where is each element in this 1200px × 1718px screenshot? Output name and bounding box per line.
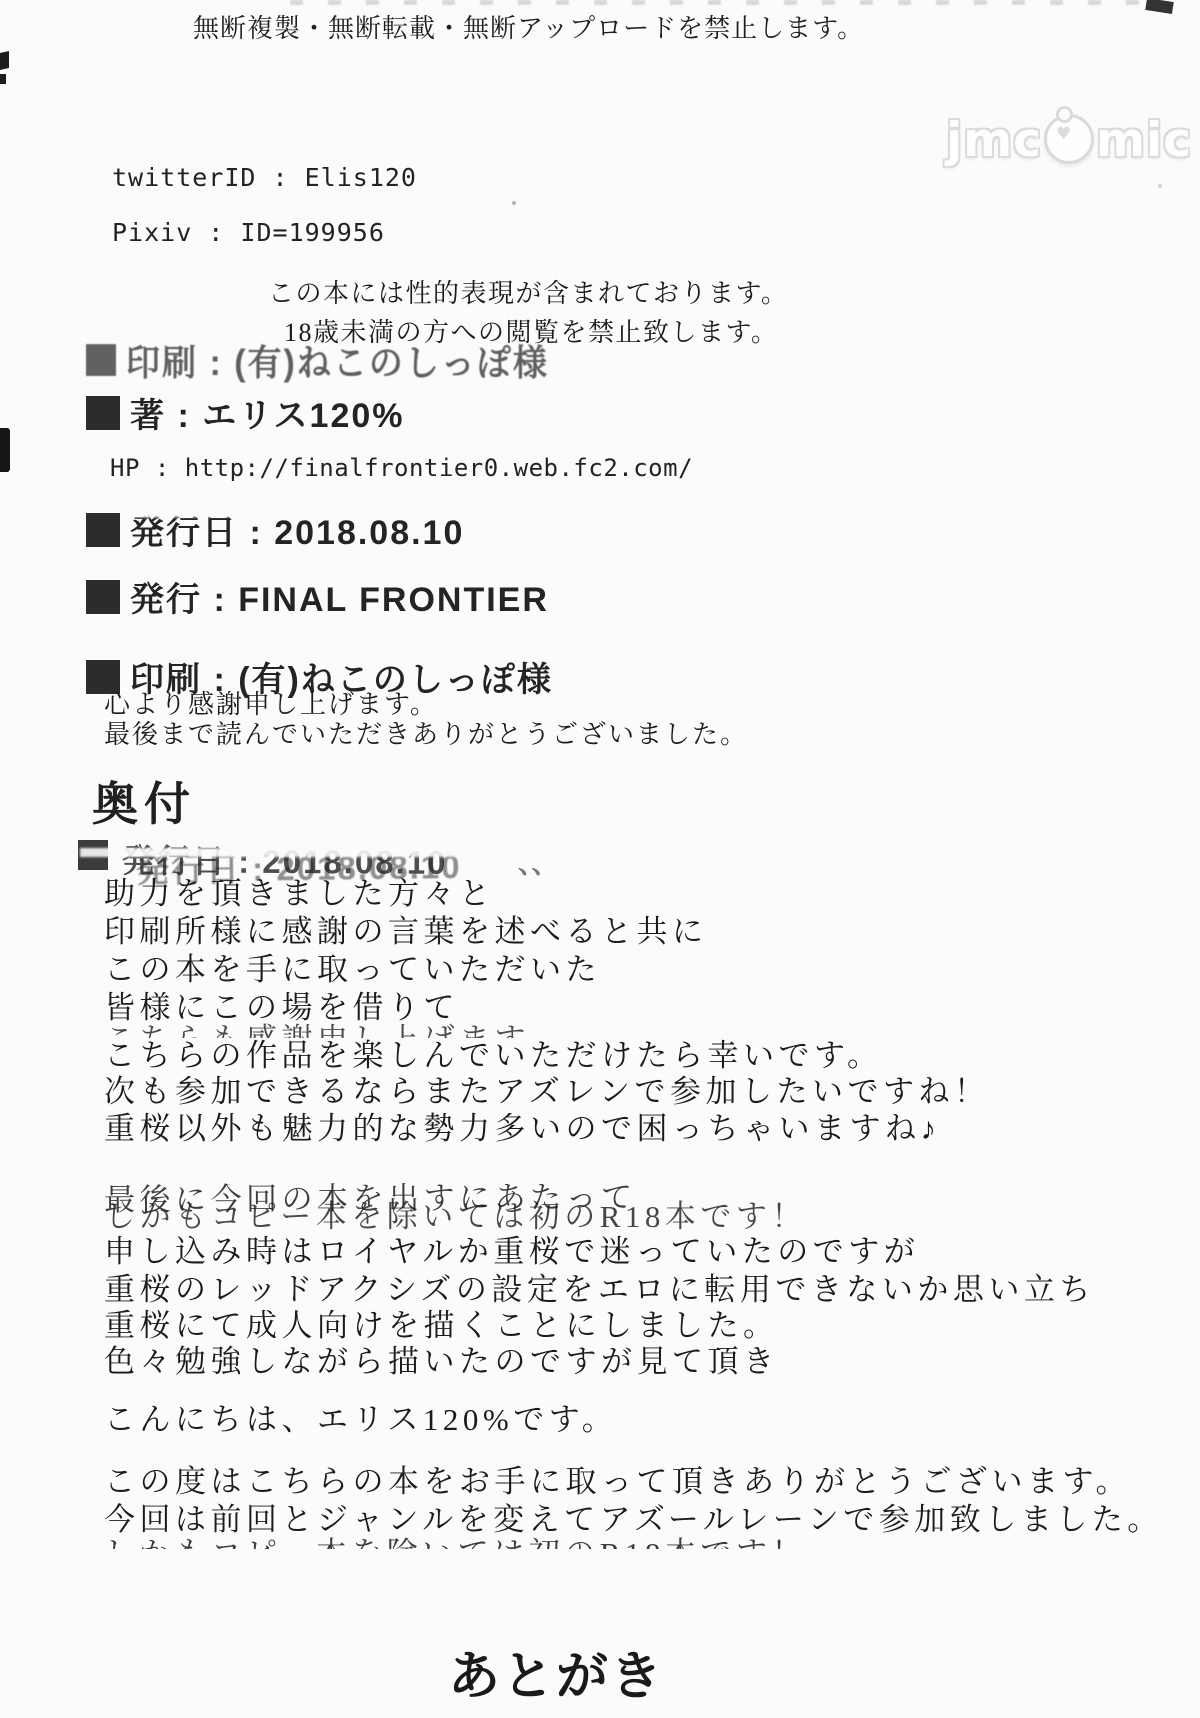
ghost-printer-line: 印刷 : (有)ねこのしっぽ様 (86, 334, 549, 386)
greeting-line: こんにちは、エリス120%です。 (104, 1394, 617, 1439)
scan-artifact-dot (512, 201, 516, 205)
hope-line-3: 重桜以外も魅力的な勢力多いので困っちゃいますね♪ (104, 1103, 941, 1148)
intro-line-3-text: しかもコピー本を除いては初のR18本です！ (104, 1536, 807, 1549)
author-text: 著 : エリス120% (130, 388, 405, 437)
scan-fade-strip (128, 499, 598, 517)
afterword-title: あとがき (448, 1634, 664, 1709)
thanks-line-2: 最後まで読んでいただきありがとうございました。 (104, 714, 748, 751)
watermark-text-left: jmc (946, 113, 1042, 168)
ghost-printer-text: 印刷 : (有)ねこのしっぽ様 (126, 334, 549, 386)
scan-artifact (0, 428, 10, 472)
scan-artifact-top-edge (290, 0, 1150, 5)
scan-artifact (0, 51, 9, 70)
scanned-page: 無断複製・無断転載・無断アップロードを禁止します。 jmc♥mic twitte… (0, 0, 1200, 1718)
homepage-url: HP : http://finalfrontier0.web.fc2.com/ (110, 454, 693, 482)
intro-line-3-clipped: しかもコピー本を除いては初のR18本です！ (104, 1528, 1004, 1549)
watermark-text-right: mic (1096, 113, 1192, 168)
copyright-notice: 無断複製・無断転載・無断アップロードを禁止します。 (193, 8, 864, 45)
heart-icon: ♥ (1056, 124, 1071, 144)
square-bullet-icon (86, 396, 120, 430)
scan-artifact-dot (1158, 184, 1162, 188)
square-bullet-icon (86, 580, 120, 614)
twitter-id: twitterID : Elis120 (112, 163, 417, 192)
square-bullet-icon (86, 344, 116, 376)
publisher-text: 発行 : FINAL FRONTIER (130, 572, 549, 621)
watermark: jmc♥mic (946, 106, 1192, 168)
scan-fade-strip (80, 848, 560, 857)
square-bullet-icon (86, 513, 120, 547)
rating-notice-line1: この本には性的表現が含まれております。 (268, 273, 788, 310)
watermark-mascot-icon: ♥ (1044, 114, 1094, 164)
scan-artifact (1145, 0, 1174, 14)
pixiv-id: Pixiv : ID=199956 (112, 218, 385, 247)
making-line-4: 色々勉強しながら描いたのですが見て頂き (104, 1336, 779, 1381)
author-line: 著 : エリス120% (86, 388, 405, 437)
publisher-line: 発行 : FINAL FRONTIER (86, 572, 549, 621)
scan-artifact (0, 74, 6, 84)
colophon-title: 奥付 (92, 768, 196, 834)
